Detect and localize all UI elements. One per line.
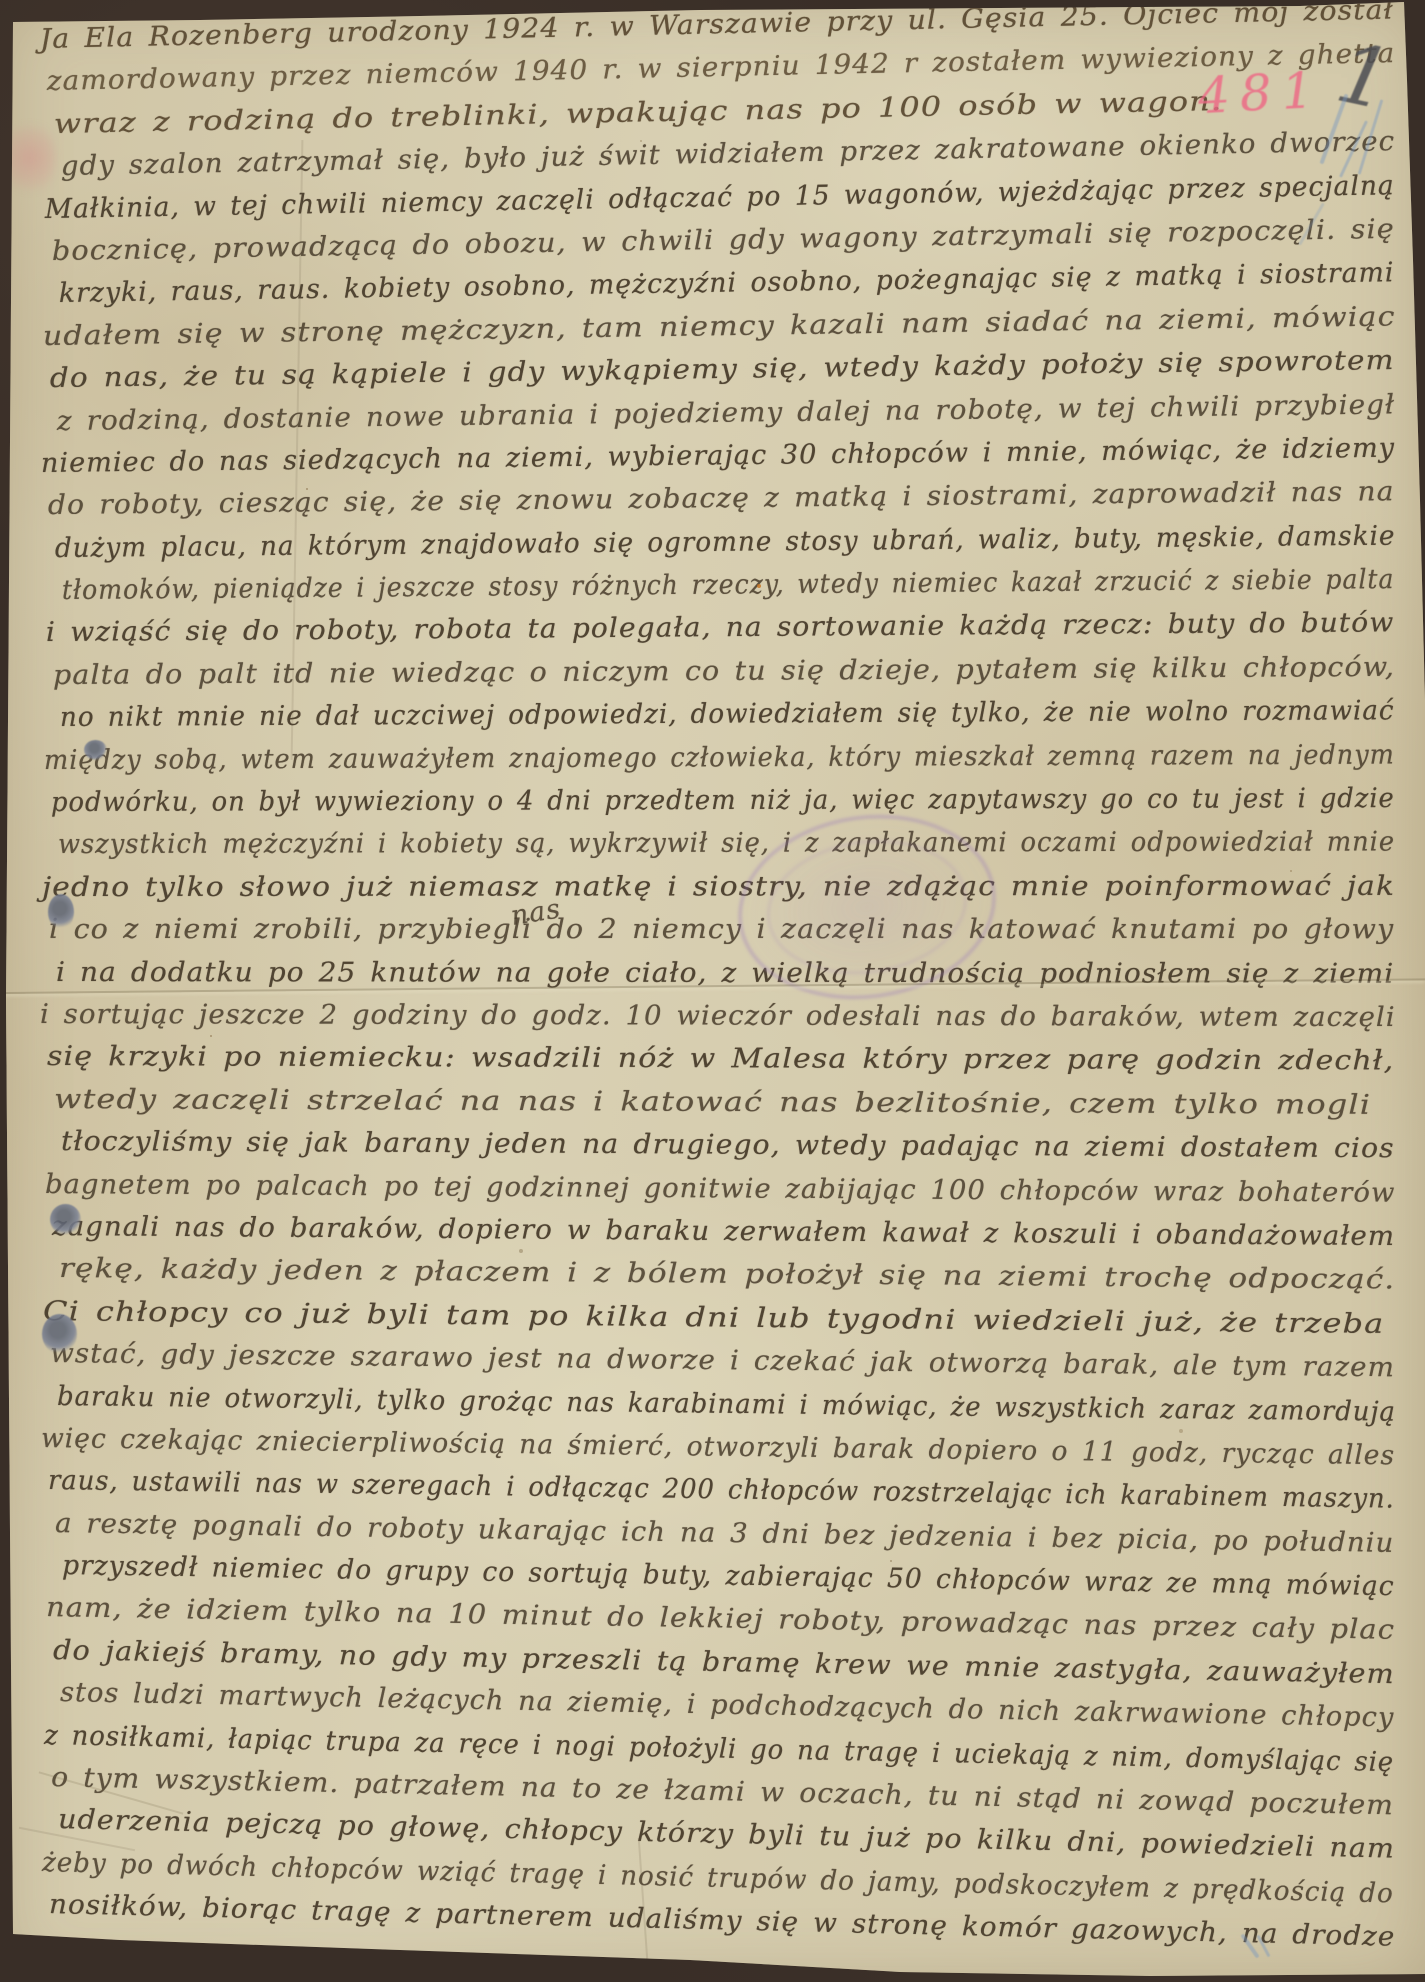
manuscript-page: Ja Ela Rozenberg urodzony 1924 r. w Wars… bbox=[0, 0, 1425, 1982]
handwriting-line: i co z niemi zrobili, przybiegli do 2 ni… bbox=[49, 914, 1395, 957]
handwriting-line: i sortując jeszcze 2 godziny do godz. 10… bbox=[40, 999, 1395, 1044]
handwriting-line: wszystkich mężczyźni i kobiety są, wykrz… bbox=[58, 827, 1395, 872]
scan-background: Ja Ela Rozenberg urodzony 1924 r. w Wars… bbox=[0, 0, 1425, 1982]
archive-page-number-red: 481 bbox=[1197, 61, 1325, 125]
ink-blot bbox=[50, 1204, 81, 1235]
handwriting-line: no nikt mnie nie dał uczciwej odpowiedzi… bbox=[60, 695, 1395, 744]
handwriting-line: wtedy zaczęli strzelać na nas i katować … bbox=[54, 1084, 1395, 1132]
ink-blot bbox=[84, 740, 107, 760]
handwriting-line: jedno tylko słowo już niemasz matkę i si… bbox=[42, 871, 1395, 915]
paper-specks bbox=[0, 0, 2, 2]
pink-smudge bbox=[4, 120, 56, 196]
archive-stamp-inner-ring bbox=[759, 828, 975, 987]
handwriting-text: Ja Ela Rozenberg urodzony 1924 r. w Wars… bbox=[40, 24, 1395, 1932]
ink-blot bbox=[48, 894, 74, 930]
handwriting-line: się krzyki po niemiecku: wsadzili nóż w … bbox=[47, 1041, 1395, 1088]
handwriting-line: tłoczyliśmy się jak barany jeden na drug… bbox=[61, 1126, 1395, 1176]
handwriting-line: między sobą, wtem zauważyłem znajomego c… bbox=[44, 739, 1395, 787]
handwriting-line: palta do palt itd nie wiedząc o niczym c… bbox=[53, 652, 1395, 703]
handwriting-line: i na dodatku po 25 knutów na gołe ciało,… bbox=[56, 957, 1395, 1001]
handwriting-line: podwórku, on był wywieziony o 4 dni prze… bbox=[51, 783, 1395, 829]
ink-blot bbox=[42, 1314, 77, 1354]
